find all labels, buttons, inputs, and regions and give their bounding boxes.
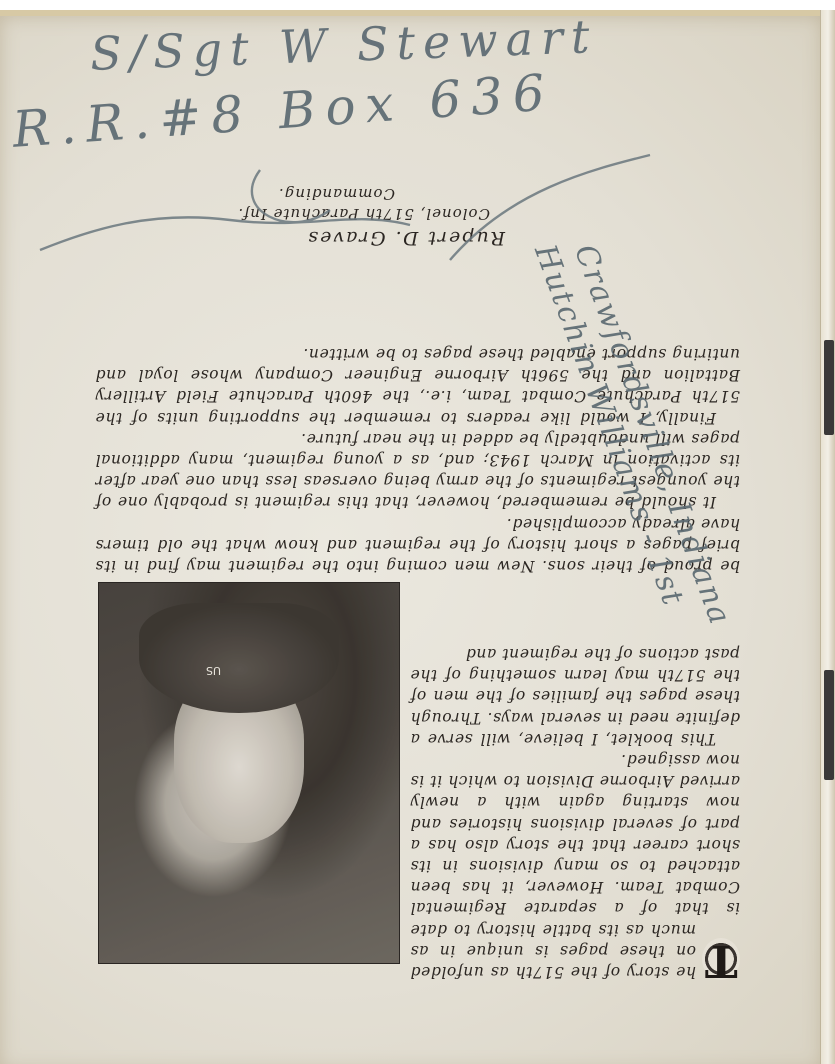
- intro-column: T he story of the 517th as unfolded on t…: [410, 643, 740, 982]
- portrait-cap: [139, 603, 339, 713]
- drop-cap: T: [702, 938, 740, 980]
- paragraph: he story of the 517th as unfolded on the…: [410, 749, 740, 982]
- officer-portrait-photo: US: [98, 582, 400, 964]
- collar-insignia: US: [206, 664, 221, 677]
- paragraph: This booklet, I believe, will serve a de…: [410, 643, 740, 749]
